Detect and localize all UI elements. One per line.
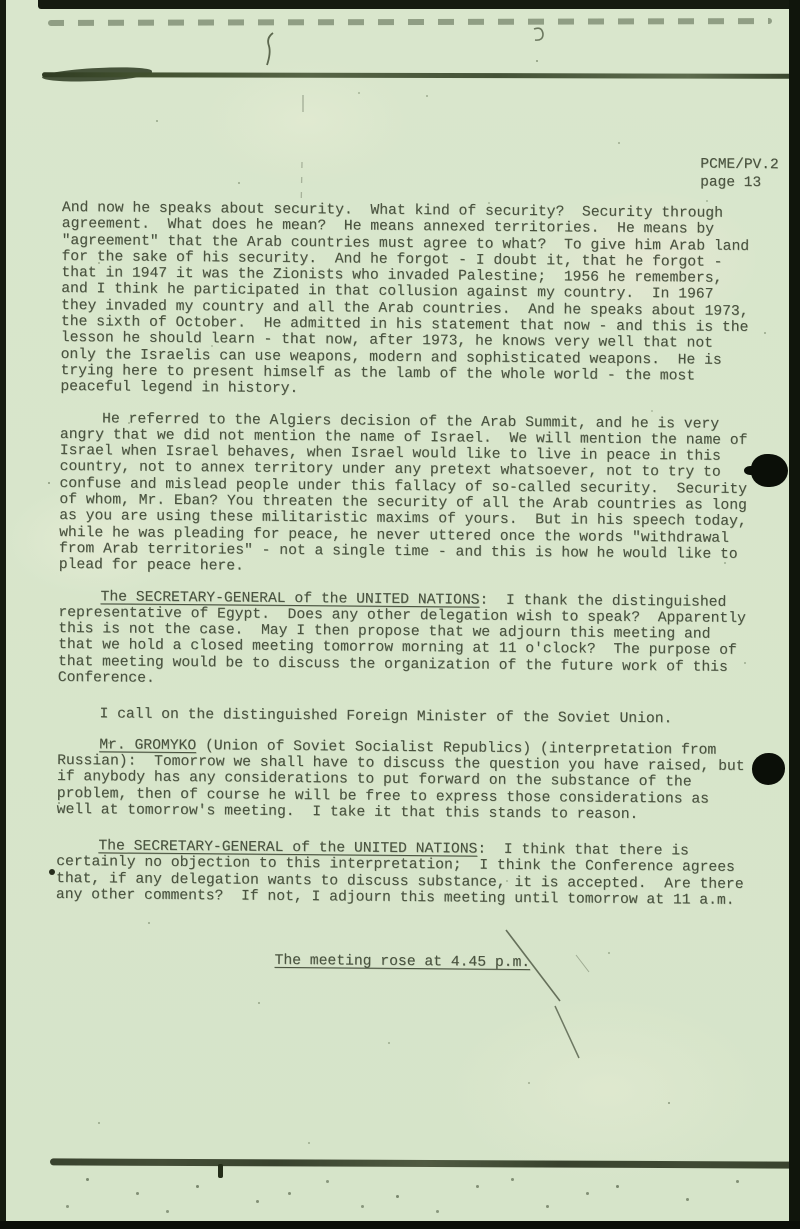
speaker-name: Mr. GROMYKO — [99, 737, 196, 754]
scan-edge-right — [789, 0, 800, 1229]
paragraph-secretary-general: The SECRETARY-GENERAL of the UNITED NATI… — [56, 838, 751, 909]
paragraph-continuation: And now he speaks about security. What k… — [60, 200, 756, 402]
smudge-mark-upper — [42, 72, 800, 79]
scan-edge-top — [38, 0, 800, 9]
page-number: page 13 — [700, 175, 761, 192]
document-reference: PCME/PV.2 — [700, 157, 778, 174]
paragraph-text: I call on the distinguished Foreign Mini… — [99, 707, 672, 728]
paragraph-text: He referred to the Algiers decision of t… — [59, 411, 757, 575]
stray-ink-mark — [267, 33, 273, 65]
paragraph-gromyko: Mr. GROMYKO (Union of Soviet Socialist R… — [57, 737, 752, 825]
smudge-mark-top — [48, 18, 772, 26]
paragraph-secretary-general: The SECRETARY-GENERAL of the UNITED NATI… — [58, 588, 753, 692]
paragraph: He referred to the Algiers decision of t… — [59, 411, 754, 580]
scan-edge-bottom — [0, 1221, 800, 1229]
smudge-notch — [218, 1164, 223, 1178]
screenshot-root: { "document": { "header": { "doc_ref": "… — [0, 0, 800, 1229]
punch-hole-upper — [751, 454, 788, 487]
stray-ink-mark — [534, 28, 543, 40]
page-header: PCME/PV.2 page 13 — [700, 156, 800, 193]
paragraph-text: And now he speaks about security. What k… — [60, 200, 758, 397]
closing-line: The meeting rose at 4.45 p.m. — [55, 951, 749, 973]
paragraph: I call on the distinguished Foreign Mini… — [57, 706, 751, 728]
ink-dot — [49, 869, 55, 875]
punch-hole-lower — [752, 753, 785, 785]
scan-bottom-grit — [6, 0, 9, 3]
document-body: And now he speaks about security. What k… — [55, 200, 756, 988]
scan-edge-left — [0, 0, 6, 1229]
pencil-stroke — [555, 1006, 579, 1058]
scanned-document-page: PCME/PV.2 page 13 And now he speaks abou… — [6, 0, 789, 1229]
smudge-mark-bottom — [50, 1158, 800, 1168]
